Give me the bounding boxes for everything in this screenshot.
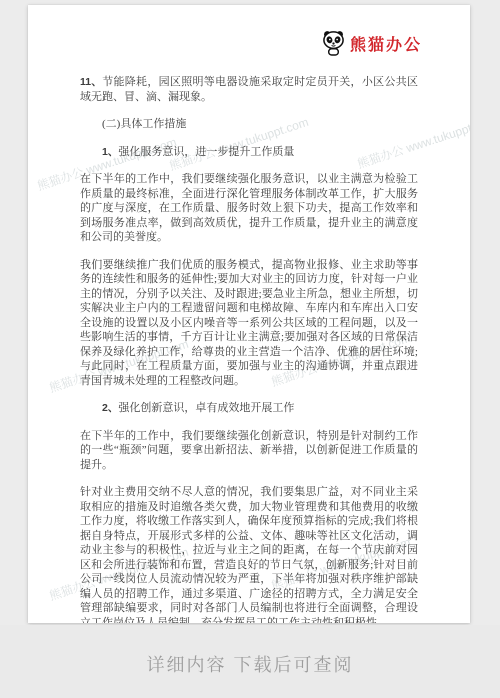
brand-logo: 熊猫办公 (322, 30, 422, 56)
paragraph-text: 强化创新意识，卓有成效地开展工作 (118, 402, 294, 414)
paragraph: 11、节能降耗，园区照明等电器设施采取定时定员开关，小区公共区域无跑、冒、滴、漏… (80, 75, 418, 104)
download-hint-text: 详细内容 下载后可查阅 (0, 651, 500, 677)
paragraph: 在下半年的工作中，我们要继续强化创新意识，特别是针对制约工作的一些“瓶颈”问题，… (80, 429, 418, 473)
paragraph: 我们要继续推广我们优质的服务模式，提高物业报修、业主求助等事务的连续性和服务的延… (80, 258, 418, 389)
paragraph-text: 在下半年的工作中，我们要继续强化创新意识，特别是针对制约工作的一些“瓶颈”问题，… (80, 430, 418, 471)
paragraph-text: 在下半年的工作中，我们要继续强化服务意识，以业主满意为检验工作质量的最终标准，全… (80, 173, 418, 243)
paragraph-text: (二)具体工作措施 (102, 118, 186, 130)
numbered-heading: 1、强化服务意识，进一步提升工作质量 (80, 145, 418, 160)
paragraph-marker: 1、 (102, 146, 118, 158)
panda-icon (322, 30, 345, 56)
brand-name: 熊猫办公 (350, 32, 422, 55)
paragraph-text: 针对业主费用交纳不尽人意的情况，我们要集思广益，对不同业主采取相应的措施及时追缴… (80, 486, 418, 623)
paragraph-marker: 11、 (80, 76, 102, 88)
document-page: 熊猫办公 www.tukuppt.com 熊猫办公 www.tukuppt.co… (28, 5, 470, 623)
document-body: 11、节能降耗，园区照明等电器设施采取定时定员开关，小区公共区域无跑、冒、滴、漏… (80, 75, 418, 623)
paragraph: 针对业主费用交纳不尽人意的情况，我们要集思广益，对不同业主采取相应的措施及时追缴… (80, 485, 418, 623)
section-heading: (二)具体工作措施 (80, 117, 418, 132)
paragraph-marker: 2、 (102, 402, 118, 414)
paragraph-text: 我们要继续推广我们优质的服务模式，提高物业报修、业主求助等事务的连续性和服务的延… (80, 259, 418, 387)
paragraph-text: 节能降耗，园区照明等电器设施采取定时定员开关，小区公共区域无跑、冒、滴、漏现象。 (80, 76, 418, 103)
paragraph-text: 强化服务意识，进一步提升工作质量 (118, 146, 294, 158)
numbered-heading: 2、强化创新意识，卓有成效地开展工作 (80, 401, 418, 416)
document-preview: 熊猫办公 www.tukuppt.com 熊猫办公 www.tukuppt.co… (0, 0, 500, 698)
paragraph: 在下半年的工作中，我们要继续强化服务意识，以业主满意为检验工作质量的最终标准，全… (80, 172, 418, 245)
